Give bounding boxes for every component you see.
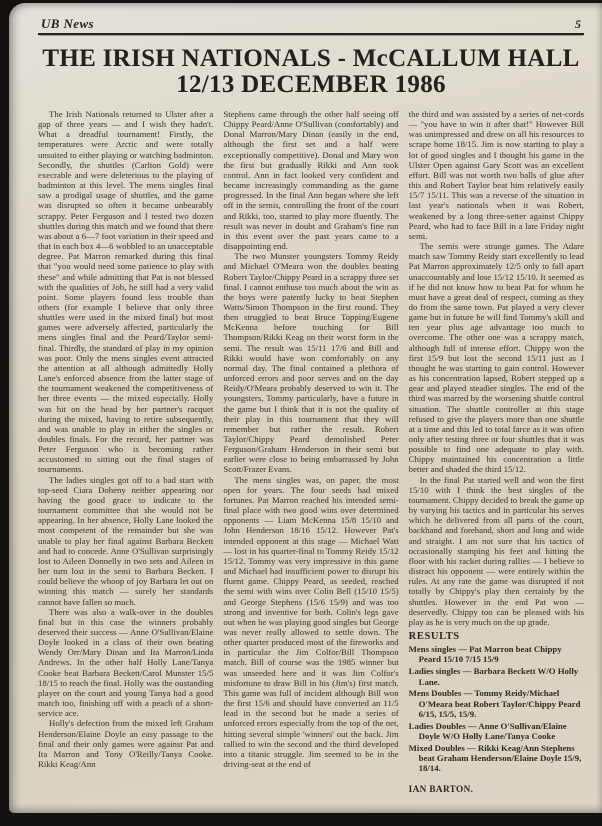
article-paragraph: Holly's defection from the mixed left Gr… [38, 718, 213, 769]
result-item-mens-doubles: Mens Doubles — Tommy Reidy/Michael O'Mea… [409, 688, 584, 719]
result-item-ladies-doubles: Ladies Doubles — Anne O'Sullivan/Elaine … [409, 721, 584, 742]
article-paragraph: In the final Pat started well and won th… [409, 475, 584, 627]
article-paragraph: The two Munster youngsters Tommy Reidy a… [223, 251, 398, 474]
result-item-ladies-singles: Ladies singles — Barbara Beckett W/O Hol… [409, 666, 584, 687]
article-title-line2: 12/13 DECEMBER 1986 [38, 72, 584, 98]
article-body: The Irish Nationals returned to Ulster a… [38, 109, 584, 794]
result-item-mens-singles: Mens singles — Pat Marron beat Chippy Pe… [409, 644, 584, 665]
article-paragraph: There was also a walk-over in the double… [38, 607, 213, 719]
column-2: Stephens came through the other half see… [223, 109, 398, 794]
article-paragraph: The ladies singles got off to a bad star… [38, 475, 213, 607]
scanned-page: UB News 5 THE IRISH NATIONALS - McCALLUM… [9, 3, 602, 813]
byline: IAN BARTON. [409, 784, 584, 794]
results-heading: RESULTS [409, 632, 584, 642]
column-3: the third and was assisted by a series o… [409, 109, 584, 794]
article-paragraph: The mens singles was, on paper, the most… [223, 475, 398, 770]
article-paragraph: Stephens came through the other half see… [223, 109, 398, 251]
article-paragraph: The semis were strange games. The Adare … [409, 241, 584, 475]
page-content: UB News 5 THE IRISH NATIONALS - McCALLUM… [38, 16, 584, 794]
page-header: UB News 5 [38, 16, 584, 35]
article-paragraph: The Irish Nationals returned to Ulster a… [38, 109, 213, 475]
masthead-title: UB News [41, 16, 94, 32]
article-title: THE IRISH NATIONALS - McCALLUM HALL 12/1… [38, 46, 584, 98]
page-number: 5 [575, 17, 581, 32]
results-section: RESULTS Mens singles — Pat Marron beat C… [409, 632, 584, 794]
result-item-mixed-doubles: Mixed Doubles — Rikki Keag/Ann Stephens … [409, 743, 584, 774]
article-title-line1: THE IRISH NATIONALS - McCALLUM HALL [38, 46, 584, 72]
column-1: The Irish Nationals returned to Ulster a… [38, 109, 213, 794]
article-paragraph: the third and was assisted by a series o… [409, 109, 584, 241]
